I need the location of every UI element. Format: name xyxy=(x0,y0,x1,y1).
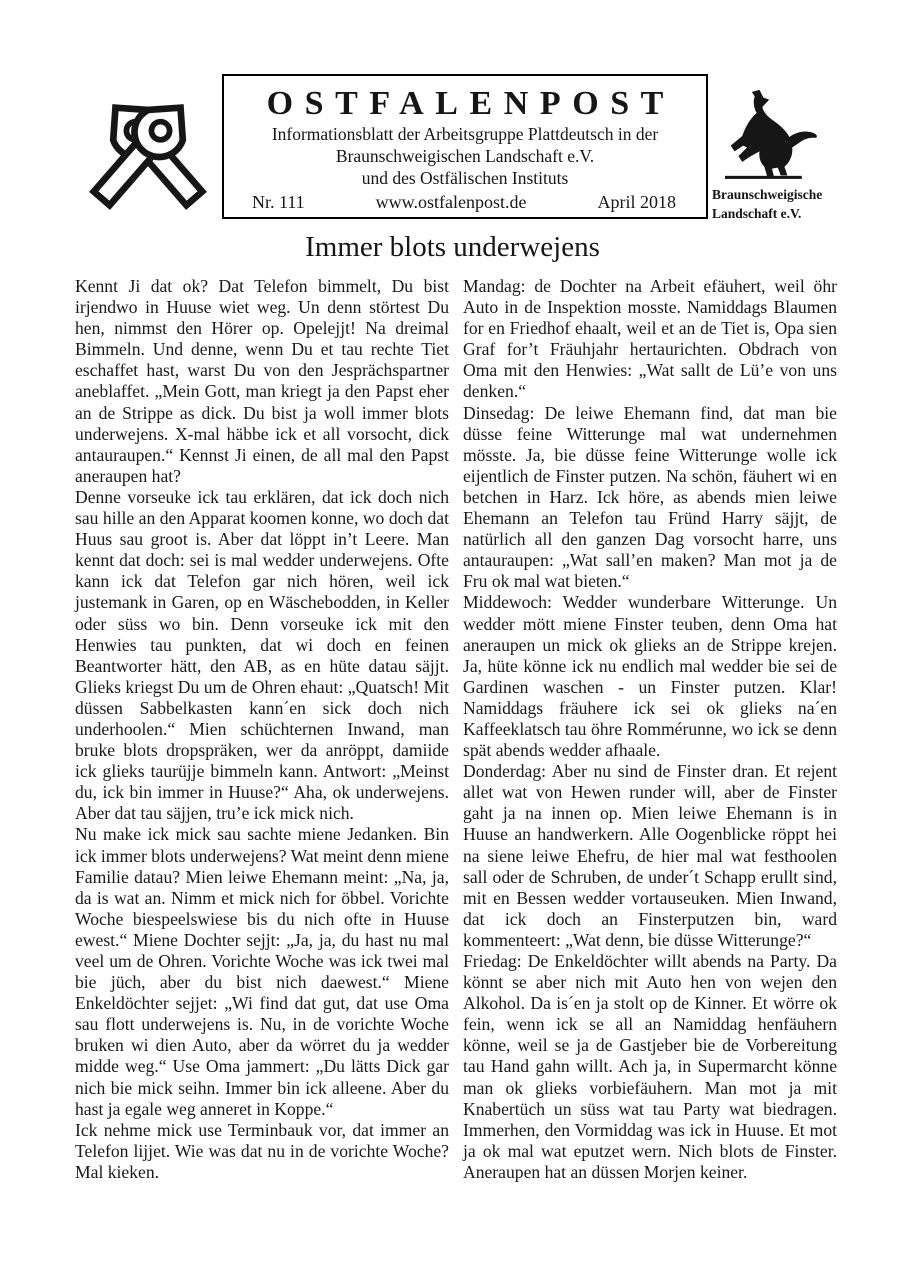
article-paragraph: Denne vorseuke ick tau erklären, dat ick… xyxy=(75,487,449,825)
newsletter-title: OSTFALENPOST xyxy=(224,85,706,123)
masthead-info-row: Nr. 111 www.ostfalenpost.de April 2018 xyxy=(224,189,706,213)
article-paragraph: Kennt Ji dat ok? Dat Telefon bimmelt, Du… xyxy=(75,276,449,487)
newsletter-page: { "header": { "left_logo_name": "crossed… xyxy=(0,0,905,1280)
newsletter-header: OSTFALENPOST Informationsblatt der Arbei… xyxy=(0,0,905,230)
article-paragraph: Donderdag: Aber nu sind de Finster dran.… xyxy=(463,761,837,951)
masthead-subtitle-line1: Informationsblatt der Arbeitsgruppe Plat… xyxy=(224,123,706,145)
landschaft-logo: Braunschweigische Landschaft e.V. xyxy=(712,88,836,222)
article-paragraph: Friedag: De Enkeldöchter willt abends na… xyxy=(463,951,837,1183)
issue-date: April 2018 xyxy=(597,192,676,213)
article-paragraph: Nu make ick mick sau sachte miene Jedank… xyxy=(75,824,449,1119)
article-paragraph: Middewoch: Wedder wunderbare Witterunge.… xyxy=(463,592,837,761)
website-url: www.ostfalenpost.de xyxy=(376,192,527,213)
masthead-box: OSTFALENPOST Informationsblatt der Arbei… xyxy=(222,74,708,219)
landschaft-caption-line1: Braunschweigische xyxy=(712,187,836,203)
masthead-subtitle-line2: Braunschweigischen Landschaft e.V. xyxy=(224,145,706,167)
article-paragraph: Ick nehme mick use Terminbauk vor, dat i… xyxy=(75,1120,449,1183)
saxon-steed-icon xyxy=(714,88,830,184)
article-left-column: Kennt Ji dat ok? Dat Telefon bimmelt, Du… xyxy=(75,276,449,1183)
landschaft-caption-line2: Landschaft e.V. xyxy=(712,206,836,222)
masthead-subtitle-line3: und des Ostfälischen Instituts xyxy=(224,167,706,189)
article-body: Kennt Ji dat ok? Dat Telefon bimmelt, Du… xyxy=(75,276,837,1183)
crossed-horse-heads-icon xyxy=(80,86,216,210)
article-title: Immer blots underwejens xyxy=(0,231,905,264)
issue-number: Nr. 111 xyxy=(252,192,305,213)
article-paragraph: Mandag: de Dochter na Arbeit efäuhert, w… xyxy=(463,276,837,403)
article-paragraph: Dinsedag: De leiwe Ehemann find, dat man… xyxy=(463,403,837,593)
article-right-column: Mandag: de Dochter na Arbeit efäuhert, w… xyxy=(463,276,837,1183)
